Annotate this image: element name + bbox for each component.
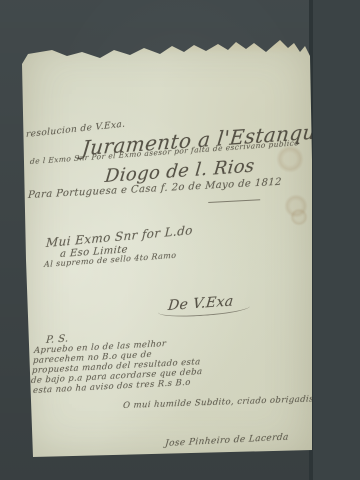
manuscript-page: resolucion de V.Exa. Juramento a l'Estan…	[22, 40, 312, 458]
background-right-panel	[313, 0, 360, 480]
date-underline	[208, 189, 261, 203]
handwriting-closing-formula: O mui humilde Subdito, criado obrigadiss…	[123, 394, 336, 411]
handwriting-signature: Jose Pinheiro de Lacerda	[165, 432, 290, 449]
seal-stain	[276, 145, 304, 173]
seal-stain	[290, 208, 308, 226]
photo-of-manuscript: resolucion de V.Exa. Juramento a l'Estan…	[0, 0, 360, 480]
